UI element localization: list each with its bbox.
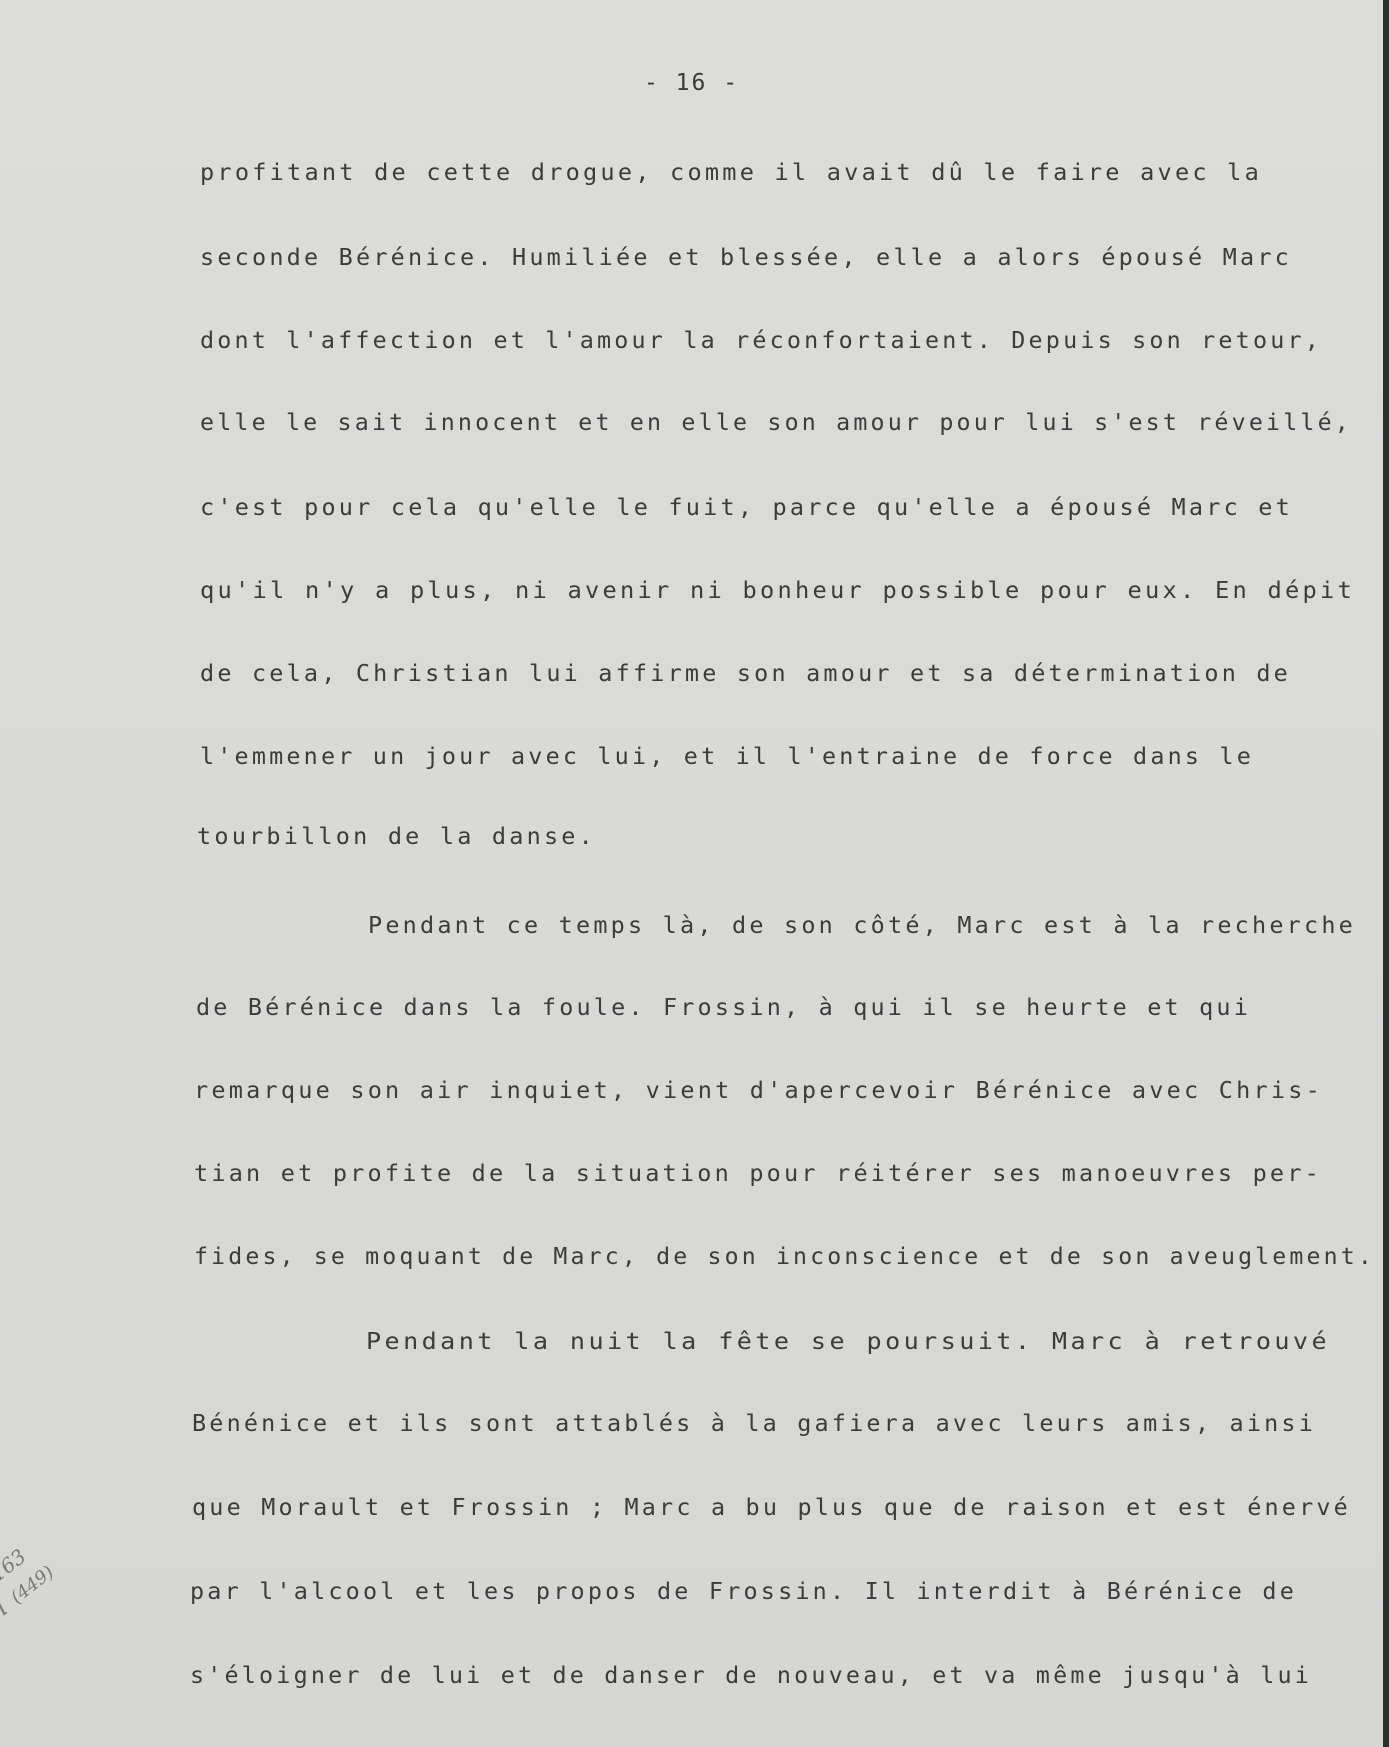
- text-line: fides, se moquant de Marc, de son incons…: [194, 1242, 1375, 1270]
- paragraph-start-line: Pendant ce temps là, de son côté, Marc e…: [368, 911, 1356, 939]
- text-line: par l'alcool et les propos de Frossin. I…: [190, 1577, 1297, 1605]
- scan-edge: [1383, 0, 1389, 1747]
- typewritten-page: - 16 - profitant de cette drogue, comme …: [0, 0, 1383, 1747]
- text-line: tian et profite de la situation pour réi…: [194, 1159, 1322, 1187]
- text-line: dont l'affection et l'amour la réconfort…: [200, 326, 1322, 354]
- text-line: qu'il n'y a plus, ni avenir ni bonheur p…: [200, 576, 1355, 604]
- note-main: IMpi: [0, 1593, 14, 1655]
- text-line: seconde Bérénice. Humiliée et blessée, e…: [200, 243, 1292, 271]
- page-number: - 16 -: [0, 70, 1383, 96]
- handwritten-margin-note: IMpi 163 (449): [0, 1545, 118, 1710]
- text-line: elle le sait innocent et en elle son amo…: [200, 408, 1352, 436]
- text-line: remarque son air inquiet, vient d'aperce…: [194, 1076, 1323, 1104]
- paragraph-start-line: Pendant la nuit la fête se poursuit. Mar…: [366, 1327, 1330, 1355]
- text-line: Bénénice et ils sont attablés à la gafie…: [192, 1409, 1316, 1437]
- text-line: s'éloigner de lui et de danser de nouvea…: [190, 1661, 1312, 1689]
- text-line: que Morault et Frossin ; Marc a bu plus …: [192, 1493, 1351, 1521]
- text-line: de cela, Christian lui affirme son amour…: [200, 659, 1291, 687]
- text-line: profitant de cette drogue, comme il avai…: [200, 158, 1262, 186]
- text-line: c'est pour cela qu'elle le fuit, parce q…: [200, 493, 1293, 521]
- text-line: tourbillon de la danse.: [197, 822, 596, 850]
- text-line: l'emmener un jour avec lui, et il l'entr…: [200, 742, 1254, 770]
- text-line: de Bérénice dans la foule. Frossin, à qu…: [196, 993, 1251, 1021]
